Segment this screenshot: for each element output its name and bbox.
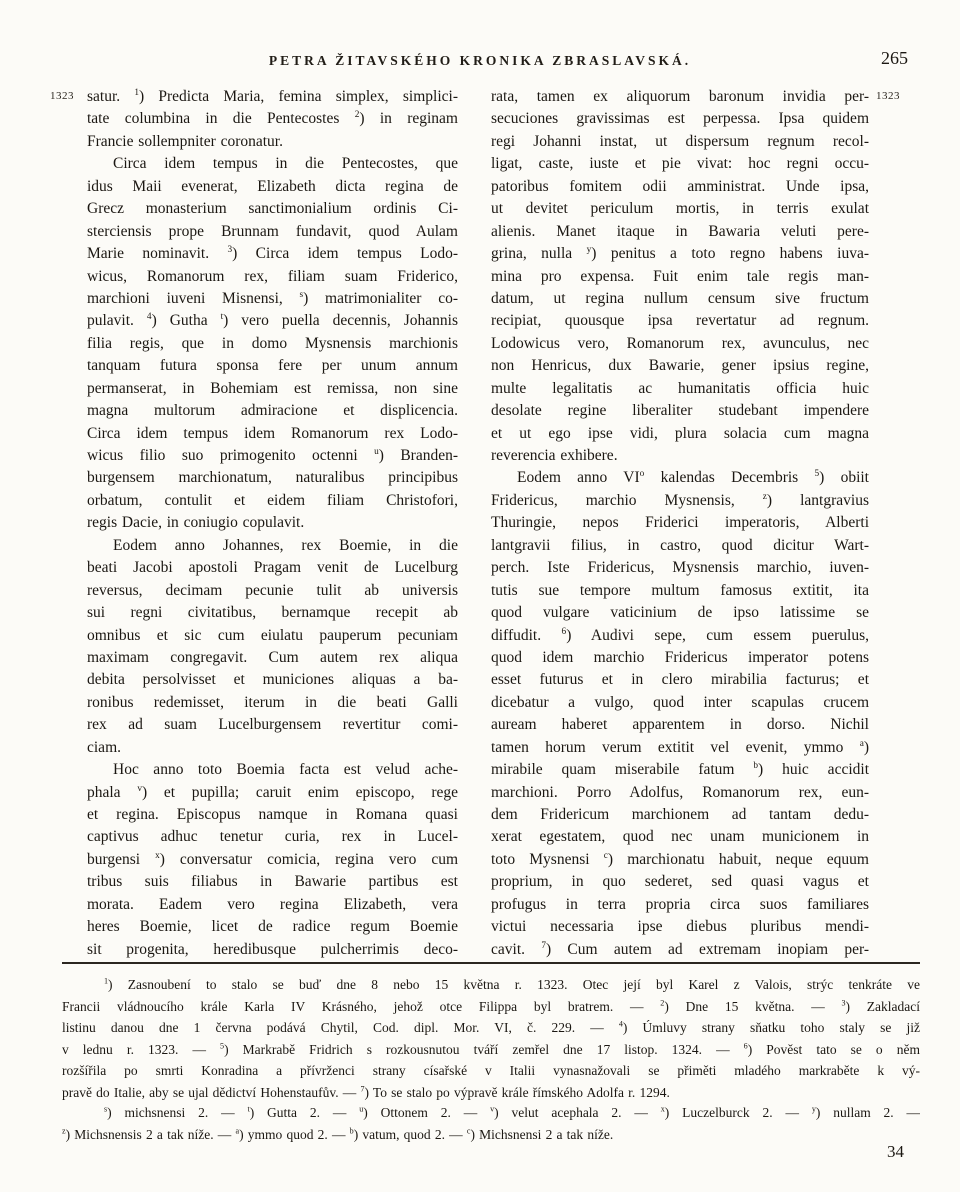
text-line: rex ad suam Lucelburgensem revertitur co… (87, 714, 458, 736)
text-line: Marie nominavit. 3) Circa idem tempus Lo… (87, 243, 458, 265)
text-line: wicus filio suo primogenito octenni u) B… (87, 445, 458, 467)
text-line: esset futurus et in clero mirabilia fact… (491, 669, 869, 691)
text-line: diffudit. 6) Audivi sepe, cum essem puer… (491, 625, 869, 647)
text-line: tate columbina in die Pentecostes 2) in … (87, 108, 458, 130)
text-line: Francie sollempniter coronatur. (87, 131, 458, 153)
text-line: profugus in terra propria circa suos fam… (491, 894, 869, 916)
text-line: ut devitet periculum mortis, in terris e… (491, 198, 869, 220)
text-line: cavit. 7) Cum autem ad extremam inopiam … (491, 939, 869, 961)
text-line: satur. 1) Predicta Maria, femina simplex… (87, 86, 458, 108)
text-line: idus Maii evenerat, Elizabeth dicta regi… (87, 176, 458, 198)
text-line: debita persolvisset et municiones aliqua… (87, 669, 458, 691)
text-line: regi Johanni instat, ut dispersum regnum… (491, 131, 869, 153)
text-column-left: satur. 1) Predicta Maria, femina simplex… (87, 86, 458, 961)
text-line: regis Dacie, in coniugio copulavit. (87, 512, 458, 534)
text-line: datum, ut regina nullum censum sive fruc… (491, 288, 869, 310)
text-line: dicebatur a vulgo, quod inter scapulas c… (491, 692, 869, 714)
text-line: secuciones gravissimas est perpessa. Ips… (491, 108, 869, 130)
book-page: PETRA ŽITAVSKÉHO KRONIKA ZBRASLAVSKÁ. 26… (0, 0, 960, 1192)
critical-apparatus-block: s) michsnensi 2. — t) Gutta 2. — u) Otto… (62, 1102, 920, 1145)
text-line: rata, tamen ex aliquorum baronum invidia… (491, 86, 869, 108)
text-line: tribus suis filiabus in Bawarie partibus… (87, 871, 458, 893)
text-line: pravě do Italie, aby se ujal dědictví Ho… (62, 1082, 920, 1104)
text-line: sui regni civitatibus, bernamque recepit… (87, 602, 458, 624)
text-line: Circa idem tempus idem Romanorum rex Lod… (87, 423, 458, 445)
text-line: v lednu r. 1323. — 5) Markrabě Fridrich … (62, 1039, 920, 1061)
text-line: grina, nulla y) penitus a toto regno hab… (491, 243, 869, 265)
text-line: burgensem marchionatum, naturalibus prin… (87, 467, 458, 489)
text-line: s) michsnensi 2. — t) Gutta 2. — u) Otto… (62, 1102, 920, 1124)
text-line: et regina. Episcopus namque in Romana qu… (87, 804, 458, 826)
text-line: recipiat, quousque ipsa revertatur ad re… (491, 310, 869, 332)
text-line: ligat, caste, iuste et pie vivat: hoc re… (491, 153, 869, 175)
text-line: reversus, decimam pecunie tulit ab unive… (87, 580, 458, 602)
text-line: tutis sue tempore multum famosus extitit… (491, 580, 869, 602)
text-line: Grecz monasterium sanctimonialium ordini… (87, 198, 458, 220)
footnotes-block: 1) Zasnoubení to stalo se buď dne 8 nebo… (62, 974, 920, 1104)
text-line: magna multorum admiracione et displicenc… (87, 400, 458, 422)
text-line: Eodem anno VIo kalendas Decembris 5) obi… (491, 467, 869, 489)
text-line: beati Jacobi apostoli Pragam venit de Lu… (87, 557, 458, 579)
margin-year-left: 1323 (50, 90, 74, 102)
text-line: permanserat, in Bohemiam est remissa, no… (87, 378, 458, 400)
text-line: perch. Iste Fridericus, Mysnensis marchi… (491, 557, 869, 579)
text-line: quod idem marchio Fridericus imperator p… (491, 647, 869, 669)
text-line: phala v) et pupilla; caruit enim episcop… (87, 782, 458, 804)
text-line: burgensi x) conversatur comicia, regina … (87, 849, 458, 871)
text-line: patoribus fomitem odii amministrat. Unde… (491, 176, 869, 198)
text-line: captivus adhuc tenetur curia, rex in Luc… (87, 826, 458, 848)
text-line: lantgravii filius, in castro, quod dicit… (491, 535, 869, 557)
text-line: victui necessaria ipse diebus pluribus m… (491, 916, 869, 938)
text-line: Circa idem tempus in die Pentecostes, qu… (87, 153, 458, 175)
text-line: auream haberet apparentem in dorso. Nich… (491, 714, 869, 736)
running-head-title: PETRA ŽITAVSKÉHO KRONIKA ZBRASLAVSKÁ. (0, 53, 960, 69)
text-line: quod vulgare vaticinium de ipso latissim… (491, 602, 869, 624)
text-line: et ut ego ipse vidi, plura solacia cum m… (491, 423, 869, 445)
text-line: sit progenita, heredibusque pulcherrimis… (87, 939, 458, 961)
text-line: toto Mysnensi c) marchionatu habuit, neq… (491, 849, 869, 871)
text-line: heres Boemie, licet de radice regum Boem… (87, 916, 458, 938)
text-line: morata. Eadem vero regina Elizabeth, ver… (87, 894, 458, 916)
margin-year-right: 1323 (876, 90, 900, 102)
text-line: dem Fridericum marchionem ad tantam dedu… (491, 804, 869, 826)
text-line: multe legalitatis ac humanitatis officia… (491, 378, 869, 400)
text-line: ronibus redemisset, iterum in die beati … (87, 692, 458, 714)
text-line: maximam congregavit. Cum autem rex aliqu… (87, 647, 458, 669)
text-line: Fridericus, marchio Mysnensis, z) lantgr… (491, 490, 869, 512)
text-line: tanquam futura sponsa fere per unum annu… (87, 355, 458, 377)
text-line: Thuringie, nepos Friderici imperatoris, … (491, 512, 869, 534)
text-line: marchioni iuveni Misnensi, s) matrimonia… (87, 288, 458, 310)
text-line: Eodem anno Johannes, rex Boemie, in die (87, 535, 458, 557)
text-line: Francii vládnoucího krále Karla IV Krásn… (62, 996, 920, 1018)
text-line: Hoc anno toto Boemia facta est velud ach… (87, 759, 458, 781)
text-line: z) Michsnensis 2 a tak níže. — a) ymmo q… (62, 1124, 920, 1146)
footnote-separator-rule (62, 962, 920, 964)
page-number: 265 (881, 48, 908, 69)
text-line: marchioni. Porro Adolfus, Romanorum rex,… (491, 782, 869, 804)
text-line: rozšířila po smrti Konradina a přívrženc… (62, 1060, 920, 1082)
text-line: omnibus et sic cum eiulatu pauperum pecu… (87, 625, 458, 647)
text-line: tamen horum verum extitit vel evenit, ym… (491, 737, 869, 759)
text-line: proprium, in quo sederet, sed quasi vagu… (491, 871, 869, 893)
text-line: orbatum, contulit et eidem filiam Christ… (87, 490, 458, 512)
text-line: filia regis, que in domo Mysnensis march… (87, 333, 458, 355)
text-line: alienis. Manet itaque in Bawaria veluti … (491, 221, 869, 243)
text-line: pulavit. 4) Gutha t) vero puella decenni… (87, 310, 458, 332)
text-line: ciam. (87, 737, 458, 759)
sheet-signature-number: 34 (887, 1142, 904, 1162)
text-line: xerat egestatem, quod nec unam municione… (491, 826, 869, 848)
text-line: mina pro expensa. Fuit enim tale regis m… (491, 266, 869, 288)
text-line: Lodowicus vero, Romanorum rex, avunculus… (491, 333, 869, 355)
text-line: sterciensis prope Brunnam fundavit, quod… (87, 221, 458, 243)
text-line: desolate regine liberaliter studebant im… (491, 400, 869, 422)
text-line: reverencia exhibere. (491, 445, 869, 467)
text-column-right: rata, tamen ex aliquorum baronum invidia… (491, 86, 869, 961)
text-line: listinu danou dne 1 června podává Chytil… (62, 1017, 920, 1039)
text-line: wicus, Romanorum rex, filiam suam Frider… (87, 266, 458, 288)
text-line: mirabile quam miserabile fatum b) huic a… (491, 759, 869, 781)
text-line: non Henricus, dux Bawarie, gener ipsius … (491, 355, 869, 377)
text-line: 1) Zasnoubení to stalo se buď dne 8 nebo… (62, 974, 920, 996)
